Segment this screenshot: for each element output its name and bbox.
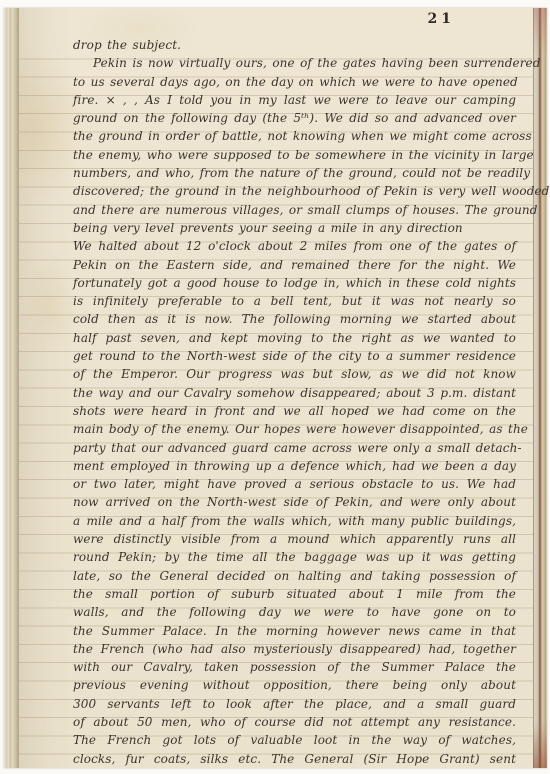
manuscript-line: main body of the enemy. Our hopes were h… xyxy=(73,420,516,438)
manuscript-line: Pekin is now virtually ours, one of the … xyxy=(73,54,516,72)
manuscript-line: or two later, might have proved a seriou… xyxy=(73,475,516,493)
manuscript-line: party that our advanced guard came acros… xyxy=(73,439,516,457)
manuscript-line: of about 50 men, who of course did not a… xyxy=(73,713,516,731)
manuscript-page: 21 drop the subject.Pekin is now virtual… xyxy=(19,8,533,768)
manuscript-line: drop the subject. xyxy=(73,36,516,54)
manuscript-line: the way and our Cavalry somehow disappea… xyxy=(73,384,516,402)
manuscript-line: a mile and a half from the walls which, … xyxy=(73,512,516,530)
book-fore-edge xyxy=(533,8,547,768)
manuscript-text: drop the subject.Pekin is now virtually … xyxy=(73,36,516,768)
manuscript-line: with our Cavalry, taken possession of th… xyxy=(73,658,516,676)
manuscript-line: to us several days ago, on the day on wh… xyxy=(73,73,516,91)
manuscript-line: numbers, and who, from the nature of the… xyxy=(73,164,516,182)
manuscript-line: ment employed in throwing up a defence w… xyxy=(73,457,516,475)
manuscript-line: fire. × , , As I told you in my last we … xyxy=(73,91,516,109)
manuscript-line: the small portion of suburb situated abo… xyxy=(73,585,516,603)
page-number: 21 xyxy=(428,11,455,27)
manuscript-line: being very level prevents your seeing a … xyxy=(73,219,516,237)
manuscript-line: and there are numerous villages, or smal… xyxy=(73,201,516,219)
manuscript-line: cold then as it is now. The following mo… xyxy=(73,310,516,328)
manuscript-line: 300 servants left to look after the plac… xyxy=(73,695,516,713)
manuscript-line: previous evening without opposition, the… xyxy=(73,676,516,694)
manuscript-line: is infinitely preferable to a bell tent,… xyxy=(73,292,516,310)
manuscript-line: The French got lots of valuable loot in … xyxy=(73,731,516,749)
manuscript-line: were distinctly visible from a mound whi… xyxy=(73,530,516,548)
manuscript-line: of the Emperor. Our progress was but slo… xyxy=(73,365,516,383)
manuscript-line: Pekin on the Eastern side, and remained … xyxy=(73,256,516,274)
book-binding-edge xyxy=(4,8,19,768)
manuscript-line: late, so the General decided on halting … xyxy=(73,567,516,585)
manuscript-line: ground on the following day (the 5ᵗʰ). W… xyxy=(73,109,516,127)
manuscript-line: round Pekin; by the time all the baggage… xyxy=(73,548,516,566)
manuscript-line: the enemy, who were supposed to be somew… xyxy=(73,146,516,164)
manuscript-line: the Summer Palace. In the morning howeve… xyxy=(73,622,516,640)
manuscript-line: fortunately got a good house to lodge in… xyxy=(73,274,516,292)
manuscript-line: the French (who had also mysteriously di… xyxy=(73,640,516,658)
manuscript-line: walls, and the following day we were to … xyxy=(73,603,516,621)
manuscript-line: discovered; the ground in the neighbourh… xyxy=(73,182,516,200)
manuscript-line: half past seven, and kept moving to the … xyxy=(73,329,516,347)
manuscript-line: now arrived on the North-west side of Pe… xyxy=(73,493,516,511)
manuscript-line: shots were heard in front and we all hop… xyxy=(73,402,516,420)
manuscript-line: clocks, fur coats, silks etc. The Genera… xyxy=(73,750,516,768)
manuscript-line: the ground in order of battle, not knowi… xyxy=(73,127,516,145)
manuscript-line: get round to the North-west side of the … xyxy=(73,347,516,365)
manuscript-line: We halted about 12 o'clock about 2 miles… xyxy=(73,237,516,255)
notebook-photo: 21 drop the subject.Pekin is now virtual… xyxy=(4,8,547,768)
